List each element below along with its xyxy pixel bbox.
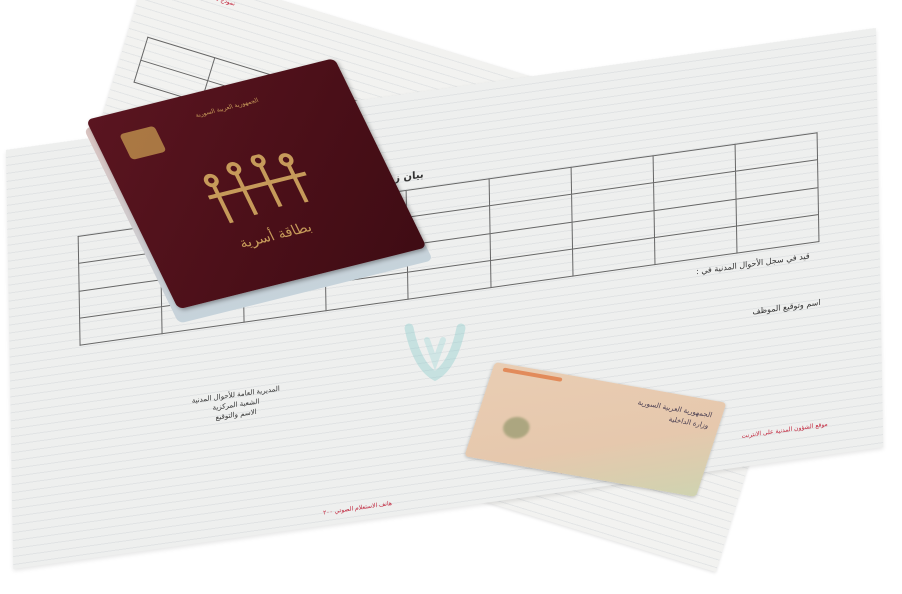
watermark-emblem-icon xyxy=(395,318,475,388)
coat-of-arms-icon xyxy=(119,126,166,160)
id-card-text: الجمهورية العربية السورية وزارة الداخلية xyxy=(633,398,714,432)
family-figures-icon xyxy=(188,143,336,236)
id-emblem-icon xyxy=(500,415,532,441)
passport-header: الجمهورية العربية السورية xyxy=(172,91,283,126)
photo-scene: نموذج مختصر الجمهورية العربية السورية وز… xyxy=(0,0,902,594)
